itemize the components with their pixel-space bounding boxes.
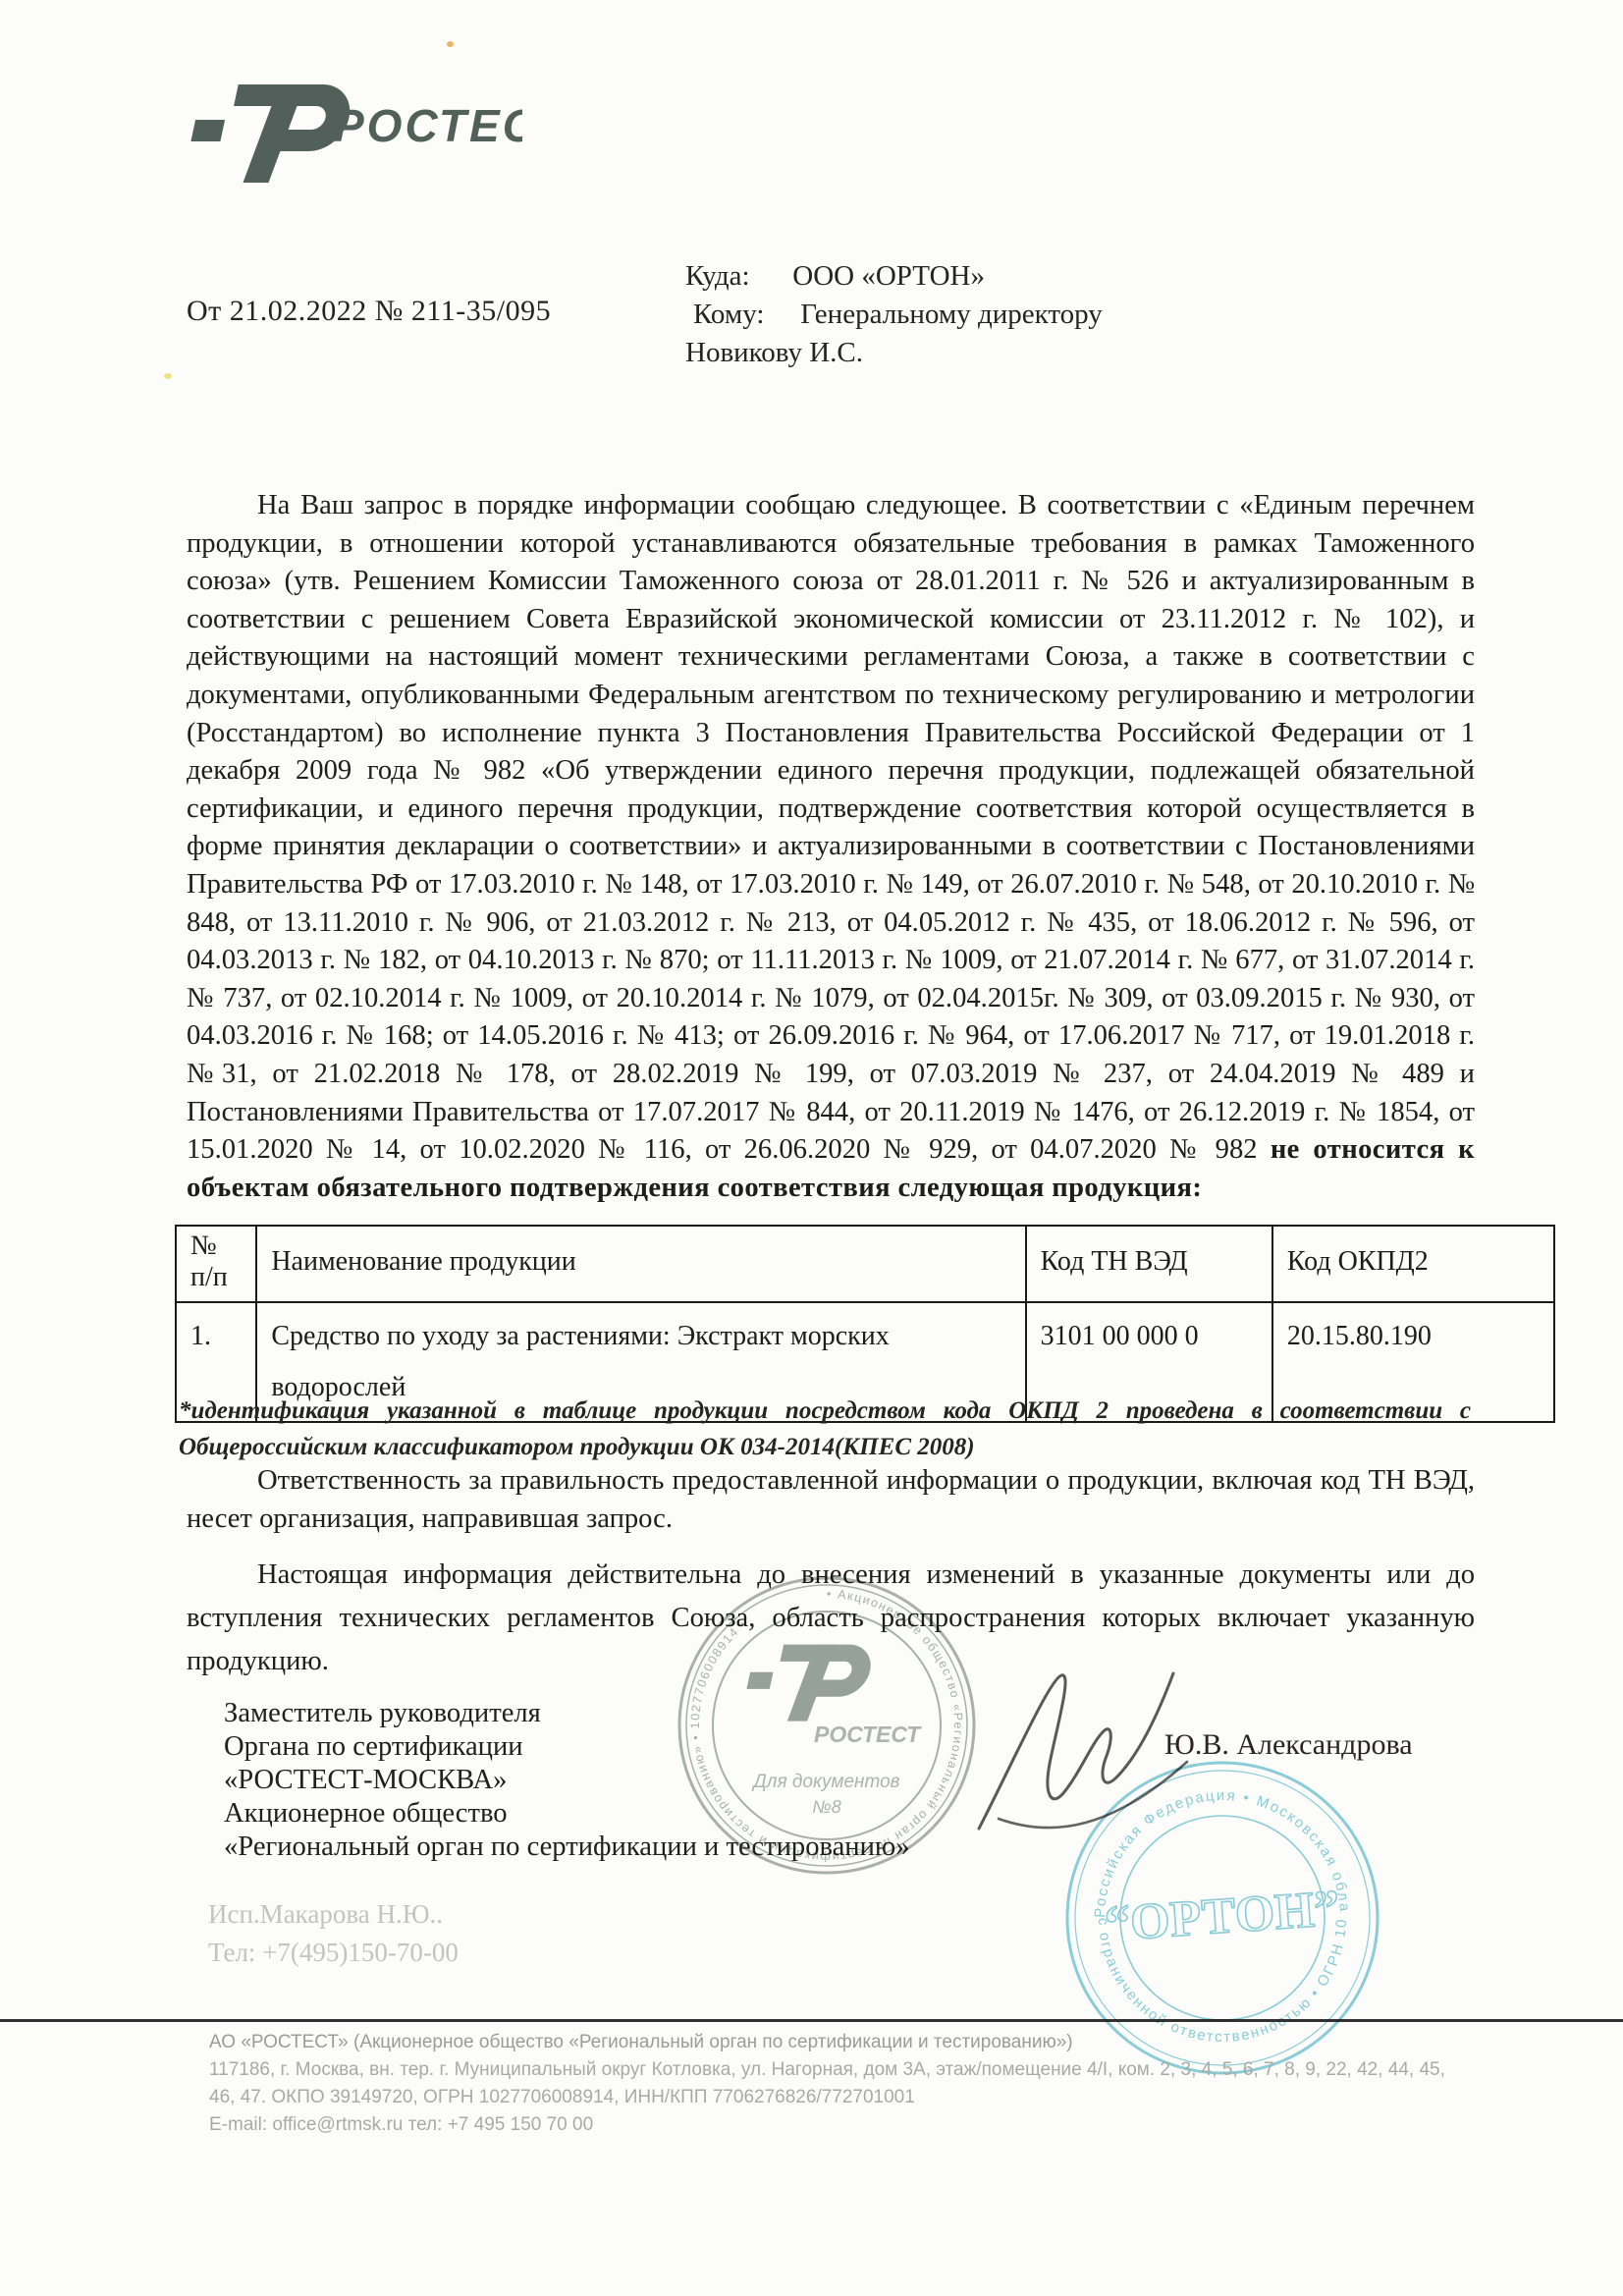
recipient-addressee: Новикову И.С.: [685, 334, 1103, 372]
body-text: На Ваш запрос в порядке информации сообщ…: [187, 490, 1475, 1165]
header-tnved: Код ТН ВЭД: [1026, 1226, 1272, 1302]
footer-line: АО «РОСТЕСТ» (Акционерное общество «Реги…: [209, 2029, 1515, 2056]
whom-label: Кому:: [685, 296, 793, 334]
recipient-where: Куда: ООО «ОРТОН»: [685, 257, 1103, 296]
executor-name: Исп.Макарова Н.Ю..: [208, 1895, 459, 1934]
header-product-name: Наименование продукции: [256, 1226, 1025, 1302]
scan-artifact-dot: [164, 373, 172, 379]
svg-text:РОСТЕСТ: РОСТЕСТ: [334, 100, 522, 151]
rostest-stamp-line2: №8: [812, 1797, 841, 1817]
footer-line: 46, 47. ОКПО 39149720, ОГРН 102770600891…: [209, 2084, 1515, 2111]
header-okpd2: Код ОКПД2: [1272, 1226, 1554, 1302]
paragraph-responsibility: Ответственность за правильность предоста…: [187, 1461, 1475, 1538]
letterhead-logo: РОСТЕСТ: [169, 77, 522, 187]
rostest-stamp-line1: Для документов: [751, 1772, 899, 1792]
body-paragraph: На Ваш запрос в порядке информации сообщ…: [187, 487, 1475, 1207]
scan-artifact-dot: [447, 41, 454, 47]
table-footnote: *идентификация указанной в таблице проду…: [179, 1393, 1471, 1465]
executor-info: Исп.Макарова Н.Ю.. Тел: +7(495)150-70-00: [208, 1895, 459, 1972]
where-value: ООО «ОРТОН»: [792, 260, 985, 292]
orton-stamp-center-text: “ОРТОН”: [1103, 1881, 1341, 1953]
divider-line: [0, 2019, 1623, 2022]
executor-phone: Тел: +7(495)150-70-00: [208, 1934, 459, 1972]
reference-number: От 21.02.2022 № 211-35/095: [187, 295, 551, 328]
recipient-whom: Кому: Генеральному директору: [685, 296, 1103, 334]
header-num: № п/п: [176, 1226, 256, 1302]
footer-block: АО «РОСТЕСТ» (Акционерное общество «Реги…: [209, 2029, 1515, 2139]
footer-line: 117186, г. Москва, вн. тер. г. Муниципал…: [209, 2056, 1515, 2084]
footer-line: E-mail: office@rtmsk.ru тел: +7 495 150 …: [209, 2111, 1515, 2139]
table-header-row: № п/п Наименование продукции Код ТН ВЭД …: [176, 1226, 1554, 1302]
where-label: Куда:: [685, 257, 785, 296]
recipient-block: Куда: ООО «ОРТОН» Кому: Генеральному дир…: [685, 257, 1103, 372]
scanned-letter-page: РОСТЕСТ От 21.02.2022 № 211-35/095 Куда:…: [0, 0, 1623, 2296]
whom-value: Генеральному директору: [800, 299, 1102, 330]
rostest-stamp-brand: РОСТЕСТ: [814, 1722, 922, 1747]
rostest-stamp: • Акционерное общество «Региональный орг…: [671, 1569, 983, 1882]
rostest-logo-icon: РОСТЕСТ: [169, 77, 522, 187]
